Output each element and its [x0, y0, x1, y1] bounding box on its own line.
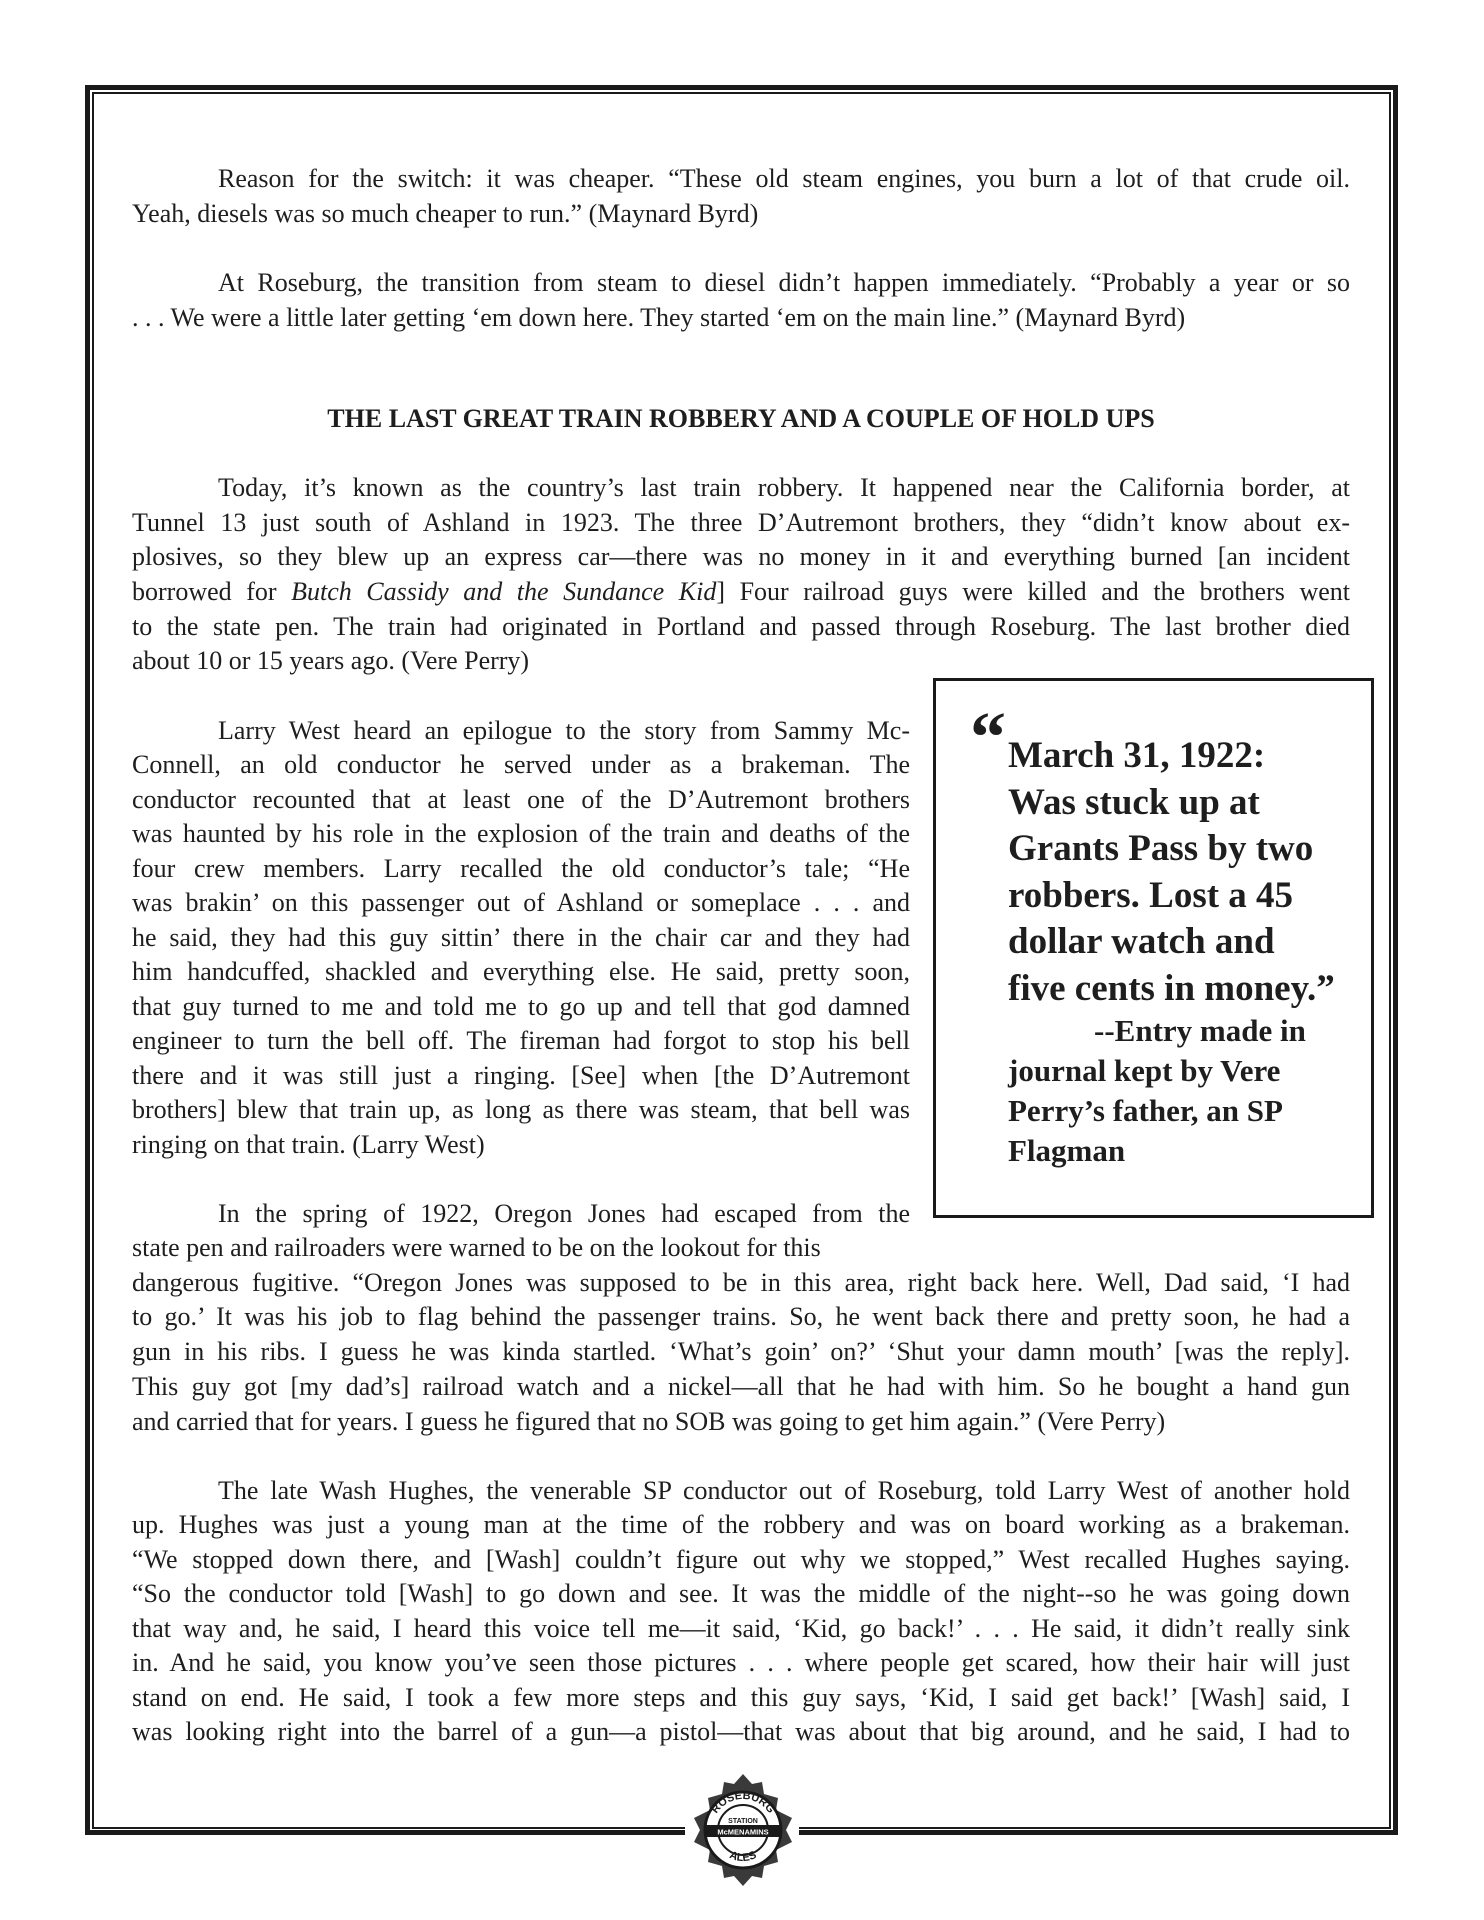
- text-line: was looking right into the barrel of a g…: [132, 1717, 1350, 1747]
- pull-quote-box: “ March 31, 1922: Was stuck up at Grants…: [933, 678, 1374, 1218]
- text-line: was haunted by his role in the explosion…: [132, 819, 910, 849]
- roseburg-station-logo-icon: ROSEBURG STATION McMENAMINS ALES: [688, 1772, 798, 1888]
- text-line: Today, it’s known as the country’s last …: [218, 473, 1350, 503]
- text-line: him handcuffed, shackled and everything …: [132, 957, 910, 987]
- text-line: Reason for the switch: it was cheaper. “…: [218, 164, 1350, 194]
- pull-quote-attribution-line: Flagman: [1008, 1131, 1125, 1171]
- text-line: state pen and railroaders were warned to…: [132, 1233, 910, 1263]
- section-heading: THE LAST GREAT TRAIN ROBBERY AND A COUPL…: [132, 404, 1350, 434]
- text-line: four crew members. Larry recalled the ol…: [132, 854, 910, 884]
- pull-quote-line: robbers. Lost a 45: [1008, 873, 1335, 920]
- text-line: that way and, he said, I heard this voic…: [132, 1614, 1350, 1644]
- pull-quote-line: five cents in money.”: [1008, 966, 1335, 1013]
- text-line: . . . We were a little later getting ‘em…: [132, 303, 1350, 333]
- text-line: Yeah, diesels was so much cheaper to run…: [132, 199, 1350, 229]
- text-line: was brakin’ on this passenger out of Ash…: [132, 888, 910, 918]
- text-line: and carried that for years. I guess he f…: [132, 1407, 1350, 1437]
- text-line: to go.’ It was his job to flag behind th…: [132, 1302, 1350, 1332]
- text-line: in. And he said, you know you’ve seen th…: [132, 1648, 1350, 1678]
- svg-text:McMENAMINS: McMENAMINS: [717, 1828, 768, 1837]
- text-line: brothers] blew that train up, as long as…: [132, 1095, 910, 1125]
- text-line: engineer to turn the bell off. The firem…: [132, 1026, 910, 1056]
- text-line: Tunnel 13 just south of Ashland in 1923.…: [132, 508, 1350, 538]
- text-line: up. Hughes was just a young man at the t…: [132, 1510, 1350, 1540]
- text-line: This guy got [my dad’s] railroad watch a…: [132, 1372, 1350, 1402]
- text-line: stand on end. He said, I took a few more…: [132, 1683, 1350, 1713]
- text-line: to the state pen. The train had originat…: [132, 612, 1350, 642]
- pull-quote-text: March 31, 1922: Was stuck up at Grants P…: [1008, 733, 1335, 1012]
- pull-quote-line: dollar watch and: [1008, 919, 1335, 966]
- svg-text:STATION: STATION: [728, 1818, 758, 1825]
- film-title: Butch Cassidy and the Sundance Kid: [291, 577, 716, 606]
- text-line: plosives, so they blew up an express car…: [132, 542, 1350, 572]
- pull-quote-line: March 31, 1922:: [1008, 733, 1335, 780]
- text-line: ringing on that train. (Larry West): [132, 1130, 910, 1160]
- text-line: he said, they had this guy sittin’ there…: [132, 923, 910, 953]
- pull-quote-attribution-line: journal kept by Vere: [1008, 1051, 1280, 1091]
- text-line: At Roseburg, the transition from steam t…: [218, 268, 1350, 298]
- text-line: “We stopped down there, and [Wash] could…: [132, 1545, 1350, 1575]
- text-line: conductor recounted that at least one of…: [132, 785, 910, 815]
- text-line: In the spring of 1922, Oregon Jones had …: [218, 1199, 910, 1229]
- text-line: “So the conductor told [Wash] to go down…: [132, 1579, 1350, 1609]
- pull-quote-attribution-line: Perry’s father, an SP: [1008, 1091, 1283, 1131]
- pull-quote-line: Grants Pass by two: [1008, 826, 1335, 873]
- text-line: about 10 or 15 years ago. (Vere Perry): [132, 646, 1350, 676]
- open-quote-icon: “: [970, 701, 1006, 773]
- text-line: that guy turned to me and told me to go …: [132, 992, 910, 1022]
- text-line: Connell, an old conductor he served unde…: [132, 750, 910, 780]
- text-line: Larry West heard an epilogue to the stor…: [218, 716, 910, 746]
- pull-quote-attribution-line: --Entry made in: [1094, 1011, 1306, 1051]
- text-line: dangerous fugitive. “Oregon Jones was su…: [132, 1268, 1350, 1298]
- text-line: gun in his ribs. I guess he was kinda st…: [132, 1337, 1350, 1367]
- text-line: The late Wash Hughes, the venerable SP c…: [218, 1476, 1350, 1506]
- text-line: borrowed for Butch Cassidy and the Sunda…: [132, 577, 1350, 607]
- pull-quote-line: Was stuck up at: [1008, 780, 1335, 827]
- text-segment: borrowed for: [132, 577, 291, 606]
- text-line: there and it was still just a ringing. […: [132, 1061, 910, 1091]
- text-segment: ] Four railroad guys were killed and the…: [716, 577, 1350, 606]
